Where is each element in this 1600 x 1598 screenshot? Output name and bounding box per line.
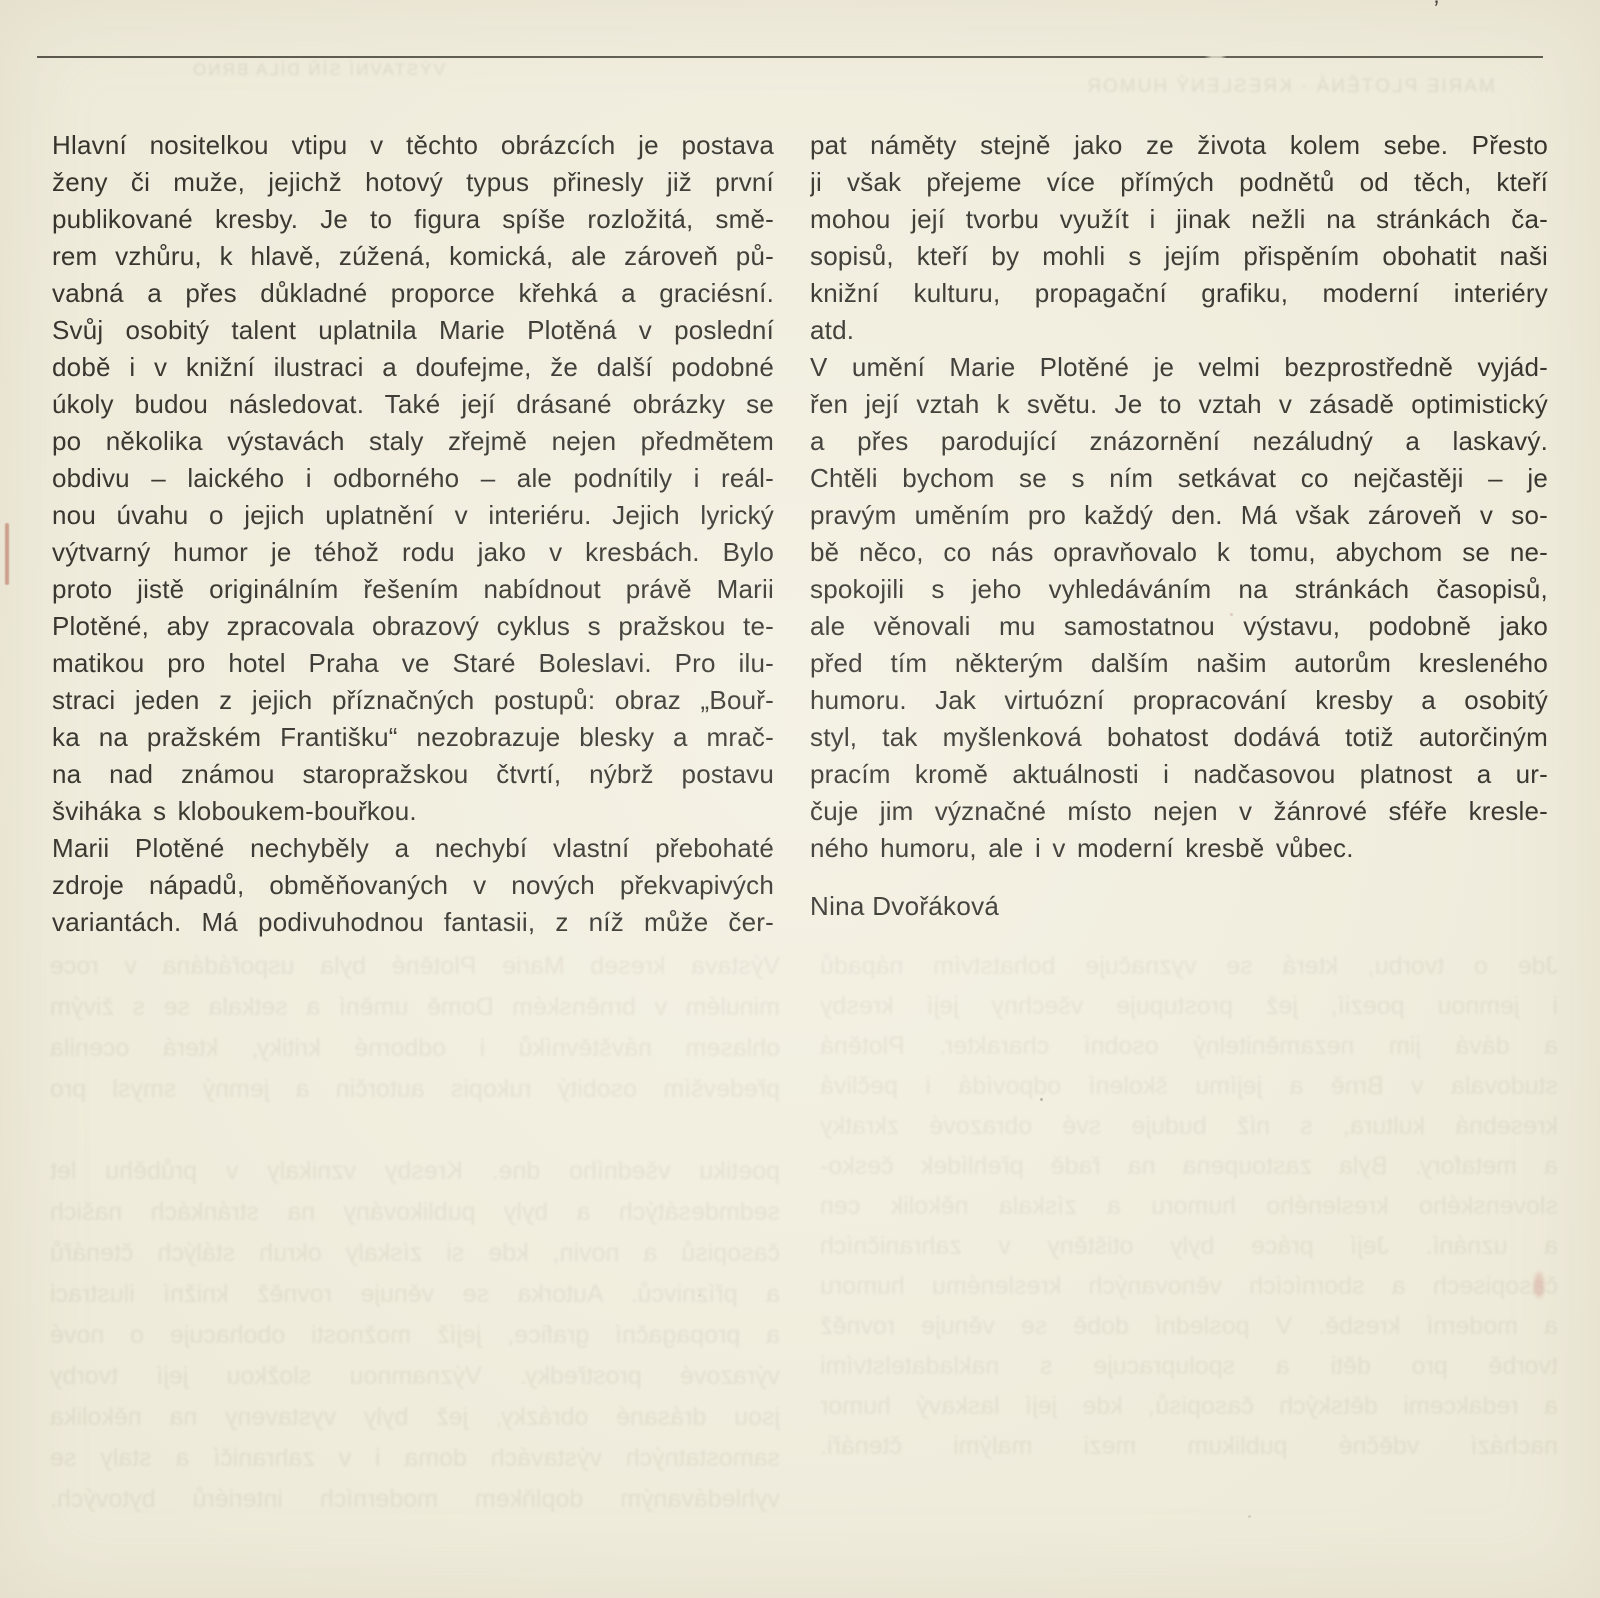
left-text-column: Hlavní nositelkou vtipu v těchto obrázcí… (52, 127, 774, 941)
ghost-text-line: nachází vděčné publikum mezi malými čten… (820, 1426, 1558, 1466)
text-line: spokojili s jeho vyhledáváním na stránká… (810, 571, 1548, 608)
ghost-text-line: především osobitý rukopis autorčin a jem… (50, 1069, 780, 1110)
ghost-text-line: a dává jim nezaměnitelný osobní charakte… (820, 1026, 1558, 1066)
right-text-column: pat náměty stejně jako ze života kolem s… (810, 127, 1548, 867)
author-signature: Nina Dvořáková (810, 891, 999, 922)
text-line: ji však přejeme více přímých podnětů od … (810, 164, 1548, 201)
ghost-text-line: vyhledávaným doplňkem moderních interiér… (50, 1479, 780, 1520)
text-line: ženy či muže, jejichž hotový typus přine… (52, 164, 774, 201)
text-line: řen její vztah k světu. Je to vztah v zá… (810, 386, 1548, 423)
text-line: ka na pražském Františku“ nezobrazuje bl… (52, 719, 774, 756)
paper-specks (1040, 1098, 1043, 1101)
ghost-text-line: studovala v Brně a jejímu školení odpoví… (820, 1066, 1558, 1106)
text-line: V umění Marie Plotěné je velmi bezprostř… (810, 349, 1548, 386)
text-line: ale věnovali mu samostatnou výstavu, pod… (810, 608, 1548, 645)
text-line: po několika výstavách staly zřejmě nejen… (52, 423, 774, 460)
paper-edge-red-streak (5, 523, 9, 585)
text-line: atd. (810, 312, 1548, 349)
text-line: matikou pro hotel Praha ve Staré Bolesla… (52, 645, 774, 682)
text-line: rem vzhůru, k hlavě, zúžená, komická, al… (52, 238, 774, 275)
ghost-text-line: a uznání. Její práce byly otištěny v zah… (820, 1226, 1558, 1266)
text-line: výtvarný humor je téhož rodu jako v kres… (52, 534, 774, 571)
text-line: publikované kresby. Je to figura spíše r… (52, 201, 774, 238)
text-line: bě něco, co nás opravňovalo k tomu, abyc… (810, 534, 1548, 571)
text-line: nou úvahu o jejich uplatnění v interiéru… (52, 497, 774, 534)
ghost-text-line: a metafory. Byla zastoupena na řadě přeh… (820, 1146, 1558, 1186)
text-line: čuje jim význačné místo nejen v žánrové … (810, 793, 1548, 830)
ghost-text-line: a moderní kresbě. V poslední době se věn… (820, 1306, 1558, 1346)
text-line: mohou její tvorbu využít i jinak nežli n… (810, 201, 1548, 238)
text-line: zdroje nápadů, obměňovaných v nových pře… (52, 867, 774, 904)
ghost-text-line: Jde o tvorbu, která se vyznačuje bohatst… (820, 946, 1558, 986)
text-line: Plotěné, aby zpracovala obrazový cyklus … (52, 608, 774, 645)
text-line: styl, tak myšlenková bohatost dodává tot… (810, 719, 1548, 756)
text-line: knižní kulturu, propagační grafiku, mode… (810, 275, 1548, 312)
text-line: variantách. Má podivuhodnou fantasii, z … (52, 904, 774, 941)
ghost-showthrough-title: MARIE PLOTĚNÁ · KRESLENÝ HUMOR (1075, 76, 1505, 98)
paper-pink-smudge (1534, 1272, 1544, 1298)
text-line: vabná a přes důkladné proporce křehká a … (52, 275, 774, 312)
ghost-text-line: kresebná kultura, s níž buduje své obraz… (820, 1106, 1558, 1146)
text-line: před tím některým dalším našim autorům k… (810, 645, 1548, 682)
text-line: sopisů, kteří by mohli s jejím přispěním… (810, 238, 1548, 275)
text-line: úkoly budou následovat. Také její drásan… (52, 386, 774, 423)
scanned-book-page: ’ VÝSTAVNÍ SÍŇ DÍLA BRNO MARIE PLOTĚNÁ ·… (0, 0, 1600, 1598)
ghost-text-line: minulém v brněnském Domě umění a setkala… (50, 987, 780, 1028)
ghost-text-line: časopisech a sbornících věnovaných kresl… (820, 1266, 1558, 1306)
ghost-showthrough-block-left: Výstava kreseb Marie Plotěné byla uspořá… (50, 946, 780, 1520)
ghost-text-line: jsou drásané obrázky, jež byly vystaveny… (50, 1397, 780, 1438)
ghost-text-line: a redakcemi dětských časopisů, kde její … (820, 1386, 1558, 1426)
text-line: Chtěli bychom se s ním setkávat co nejča… (810, 460, 1548, 497)
ghost-text-line: i jemnou poezií, jež prostupuje všechny … (820, 986, 1558, 1026)
text-line: pracím kromě aktuálnosti i nadčasovou pl… (810, 756, 1548, 793)
text-line: proto jistě originálním řešením nabídnou… (52, 571, 774, 608)
ghost-text-line: ohlasem návštěvníků i odborné kritiky, k… (50, 1028, 780, 1069)
text-line: na nad známou staropražskou čtvrtí, nýbr… (52, 756, 774, 793)
ghost-text-line: samostatných výstavách doma i v zahranič… (50, 1438, 780, 1479)
text-line: pat náměty stejně jako ze života kolem s… (810, 127, 1548, 164)
ghost-showthrough-block-right: Jde o tvorbu, která se vyznačuje bohatst… (820, 946, 1558, 1466)
ghost-text-line: časopisů a novin, kde si získaly okruh s… (50, 1233, 780, 1274)
text-line: době i v knižní ilustraci a doufejme, že… (52, 349, 774, 386)
ghost-text-line: výrazové prostředky. Významnou složkou j… (50, 1356, 780, 1397)
ghost-text-line: Výstava kreseb Marie Plotěné byla uspořá… (50, 946, 780, 987)
text-line: šviháka s kloboukem-bouřkou. (52, 793, 774, 830)
ghost-showthrough-header-left: VÝSTAVNÍ SÍŇ DÍLA BRNO (60, 60, 445, 80)
text-line: Marii Plotěné nechyběly a nechybí vlastn… (52, 830, 774, 867)
text-line: straci jeden z jejich příznačných postup… (52, 682, 774, 719)
ghost-text-line: slovenského kresleného humoru a získala … (820, 1186, 1558, 1226)
text-line: humoru. Jak virtuózní propracování kresb… (810, 682, 1548, 719)
top-rule (37, 56, 1543, 58)
text-line: obdivu – laického i odborného – ale podn… (52, 460, 774, 497)
ghost-text-line (50, 1110, 780, 1151)
stray-ink-mark: ’ (1432, 0, 1440, 24)
text-line: Svůj osobitý talent uplatnila Marie Plot… (52, 312, 774, 349)
text-line: Hlavní nositelkou vtipu v těchto obrázcí… (52, 127, 774, 164)
ghost-text-line: poetiku všedního dne. Kresby vznikaly v … (50, 1151, 780, 1192)
ghost-text-line: a propagační grafice, jejíž možnosti obo… (50, 1315, 780, 1356)
ghost-text-line: a příznivců. Autorka se věnuje rovněž kn… (50, 1274, 780, 1315)
ghost-text-line: sedmdesátých a byly publikovány na strán… (50, 1192, 780, 1233)
ghost-text-line: tvorbě pro děti a spolupracuje s naklada… (820, 1346, 1558, 1386)
text-line: ného humoru, ale i v moderní kresbě vůbe… (810, 830, 1548, 867)
text-line: pravým uměním pro každý den. Má však zár… (810, 497, 1548, 534)
text-line: a přes parodující znázornění nezáludný a… (810, 423, 1548, 460)
